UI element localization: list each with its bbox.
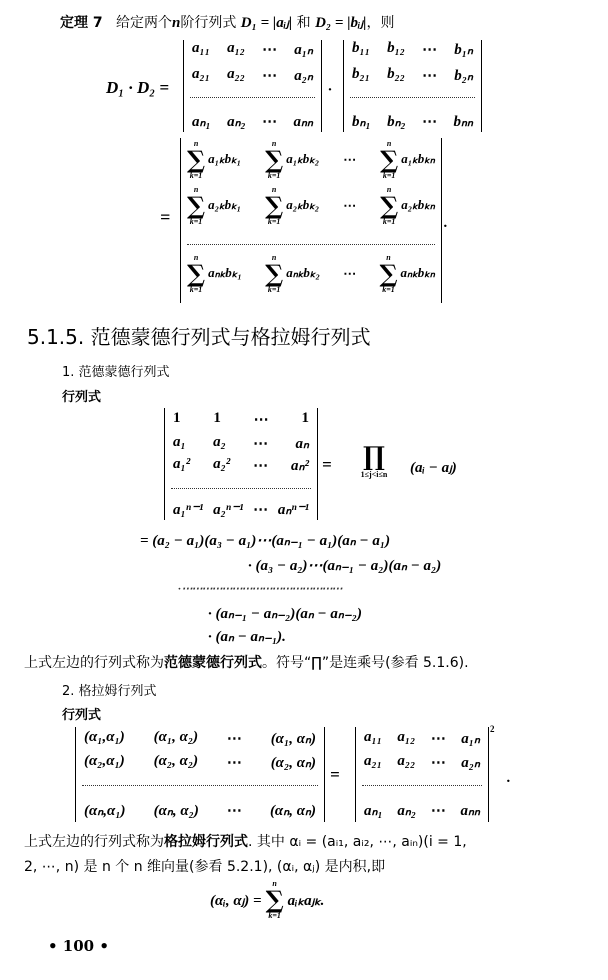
expansion-line-4: · (aₙ₋₁ − aₙ₋₂)(aₙ − aₙ₋₂) — [208, 604, 362, 623]
cell: bₙ₂ — [387, 112, 406, 131]
cell: ⋯ — [343, 198, 356, 214]
theorem-statement: 定理 7 给定两个n阶行列式 D₁ = |aᵢⱼ| 和 D₂ = |bᵢⱼ|，则 — [60, 12, 394, 32]
det-b-row-1: b₁₁ b₁₂ ⋯ b₁ₙ — [344, 40, 481, 59]
vandermonde-determinant: 1 1 ⋯ 1 a₁ a₂ ⋯ aₙ a₁² a₂² ⋯ aₙ² a₁ⁿ⁻¹ a… — [164, 408, 318, 520]
gram-remark-line-1: 上式左边的行列式称为格拉姆行列式. 其中 αᵢ = (aᵢ₁, aᵢ₂, ⋯, … — [24, 831, 467, 851]
product-term: (aᵢ − aⱼ) — [410, 458, 457, 477]
sigma-symbol: ∑ — [187, 148, 205, 172]
cell: aₙₙ — [294, 112, 313, 131]
remark-text: 上式左边的行列式称为 — [24, 834, 164, 850]
determinant-b: b₁₁ b₁₂ ⋯ b₁ₙ b₂₁ b₂₂ ⋯ b₂ₙ bₙ₁ bₙ₂ ⋯ bₙ… — [343, 40, 482, 132]
gram-intro: 行列式 — [62, 704, 101, 723]
cell: a₂₂ — [227, 66, 245, 85]
cell: (α₂, α₂) — [154, 753, 199, 772]
cell: ⋯ — [431, 729, 446, 748]
coef-row-1: a₁₁ a₁₂ ⋯ a₁ₙ — [356, 729, 488, 748]
sum-lower: k=1 — [190, 172, 203, 180]
sigma-symbol: ∑ — [380, 148, 398, 172]
cell: a₁₁ — [364, 729, 382, 748]
cell: a₂ⁿ⁻¹ — [213, 500, 243, 519]
determinant-a: a₁₁ a₁₂ ⋯ a₁ₙ a₂₁ a₂₂ ⋯ a₂ₙ aₙ₁ aₙ₂ ⋯ aₙ… — [183, 40, 322, 132]
cell: b₁₂ — [387, 40, 405, 59]
defined-term: 格拉姆行列式 — [164, 834, 248, 850]
cell: a₁₂ — [397, 729, 415, 748]
vdm-row-3: a₁² a₂² ⋯ aₙ² — [165, 456, 317, 475]
coef-row-n: aₙ₁ aₙ₂ ⋯ aₙₙ — [356, 801, 488, 820]
sigma-symbol: ∑ — [265, 148, 283, 172]
multiply-dot: · — [328, 82, 332, 99]
cell: a₂ₙ — [461, 753, 480, 772]
cell: (α₁, α₂) — [154, 729, 199, 748]
theorem-then: ，则 — [366, 15, 394, 31]
sum-lower: k=1 — [383, 218, 396, 226]
cell: a₂₁ — [192, 66, 210, 85]
d2-definition: D₂ = |bᵢⱼ| — [315, 15, 366, 31]
cell: aₙₖbₖ₁ — [208, 265, 242, 280]
cell: ⋯ — [431, 753, 446, 772]
cell: aₙ₂ — [397, 801, 416, 820]
gram-remark-line-2: 2, ⋯, n) 是 n 个 n 维向量(参看 5.2.1), (αᵢ, αⱼ)… — [24, 856, 385, 876]
gram-coefficient-determinant: a₁₁ a₁₂ ⋯ a₁ₙ a₂₁ a₂₂ ⋯ a₂ₙ aₙ₁ aₙ₂ ⋯ aₙ… — [355, 727, 489, 822]
cell: ⋯ — [253, 500, 268, 519]
cell: a₂ — [213, 434, 226, 453]
vdm-row-2: a₁ a₂ ⋯ aₙ — [165, 434, 317, 453]
coef-row-2: a₂₁ a₂₂ ⋯ a₂ₙ — [356, 753, 488, 772]
det-b-row-2: b₂₁ b₂₂ ⋯ b₂ₙ — [344, 66, 481, 85]
sum-row-n: n∑k=1aₙₖbₖ₁ n∑k=1aₙₖbₖ₂ ⋯ n∑k=1aₙₖbₖₙ — [181, 254, 441, 294]
cell: a₂ₖbₖₙ — [401, 197, 435, 212]
cell: aₙₖbₖ₂ — [286, 265, 320, 280]
product-operator: ∏ 1≤j<i≤n — [340, 444, 408, 479]
sum-row-1: n∑k=1a₁ₖbₖ₁ n∑k=1a₁ₖbₖ₂ ⋯ n∑k=1a₁ₖbₖₙ — [181, 140, 441, 180]
cell: ⋯ — [253, 434, 268, 453]
d1-definition: D₁ = |aᵢⱼ| — [241, 15, 292, 31]
pi-product-icon: ∏ — [363, 444, 385, 470]
cell: ⋯ — [227, 729, 242, 748]
sum-lower: k=1 — [268, 172, 281, 180]
cell: 1 — [213, 410, 221, 429]
section-number: 5.1.5. — [27, 325, 84, 349]
det-a-row-1: a₁₁ a₁₂ ⋯ a₁ₙ — [184, 40, 321, 59]
theorem-text: 给定两个 — [116, 15, 172, 31]
product-lhs: D₁ · D₂ = — [106, 78, 169, 98]
sigma-symbol: ∑ — [266, 888, 284, 912]
product-lower-limit: 1≤j<i≤n — [361, 470, 388, 479]
cell: b₂₂ — [387, 66, 405, 85]
vdm-row-1: 1 1 ⋯ 1 — [165, 410, 317, 429]
sigma-symbol: ∑ — [265, 262, 283, 286]
end-punct: . — [444, 215, 448, 232]
cell: ⋯ — [422, 40, 437, 59]
expansion-line-5: · (aₙ − aₙ₋₁). — [208, 627, 286, 646]
cell: b₂₁ — [352, 66, 370, 85]
cell: a₁ₙ — [294, 40, 313, 59]
inner-product-lhs: (αᵢ, αⱼ) = — [210, 891, 262, 910]
sigma-symbol: ∑ — [265, 194, 283, 218]
cell: (αₙ, αₙ) — [270, 801, 316, 820]
page-number: • 100 • — [48, 937, 109, 955]
remark-text: 。符号“∏”是连乘号(参看 5.1.6). — [262, 655, 469, 671]
cell: 1 — [301, 410, 309, 429]
cell: a₁ₖbₖₙ — [401, 151, 435, 166]
cell: a₂² — [213, 456, 230, 475]
sum-lower: k=1 — [268, 912, 281, 920]
cell: b₁ₙ — [454, 40, 473, 59]
det-a-row-2: a₂₁ a₂₂ ⋯ a₂ₙ — [184, 66, 321, 85]
cell: aₙₖbₖₙ — [401, 265, 435, 280]
cell: bₙₙ — [454, 112, 473, 131]
dotted-row-separator — [362, 785, 482, 786]
sum-lower: k=1 — [382, 286, 395, 294]
sigma-symbol: ∑ — [187, 194, 205, 218]
cell: ⋯ — [254, 410, 269, 429]
cell: b₁₁ — [352, 40, 370, 59]
cell: ⋯ — [343, 266, 356, 282]
cell: aₙ₁ — [192, 112, 211, 131]
gram-row-1: (α₁,α₁) (α₁, α₂) ⋯ (α₁, αₙ) — [76, 729, 324, 748]
cell: a₁₂ — [227, 40, 245, 59]
sigma-symbol: ∑ — [379, 262, 397, 286]
sigma-symbol: ∑ — [187, 262, 205, 286]
cell: (αₙ,α₁) — [84, 801, 126, 820]
expansion-line-2: · (a₃ − a₂)⋯(aₙ₋₁ − a₂)(aₙ − a₂) — [248, 556, 441, 575]
gram-end-punct: . — [507, 770, 511, 787]
det-b-row-n: bₙ₁ bₙ₂ ⋯ bₙₙ — [344, 112, 481, 131]
cell: a₁ₙ — [461, 729, 480, 748]
expansion-line-1: = (a₂ − a₁)(a₃ − a₁)⋯(aₙ₋₁ − a₁)(aₙ − a₁… — [140, 531, 390, 550]
vdm-row-n: a₁ⁿ⁻¹ a₂ⁿ⁻¹ ⋯ aₙⁿ⁻¹ — [165, 500, 317, 519]
inner-product-formula: (αᵢ, αⱼ) = n ∑ k=1 aᵢₖaⱼₖ. — [210, 880, 324, 920]
cell: aₙ — [296, 434, 309, 453]
sum-lower: k=1 — [190, 218, 203, 226]
cell: ⋯ — [422, 66, 437, 85]
cell: a₁ⁿ⁻¹ — [173, 500, 203, 519]
section-heading: 5.1.5. 范德蒙德行列式与格拉姆行列式 — [27, 321, 371, 350]
sum-lower: k=1 — [268, 286, 281, 294]
cell: ⋯ — [431, 801, 446, 820]
cell: a₁² — [173, 456, 190, 475]
cell: a₂ₖbₖ₂ — [286, 197, 319, 212]
sum-row-2: n∑k=1a₂ₖbₖ₁ n∑k=1a₂ₖbₖ₂ ⋯ n∑k=1a₂ₖbₖₙ — [181, 186, 441, 226]
determinant-sum: n∑k=1a₁ₖbₖ₁ n∑k=1a₁ₖbₖ₂ ⋯ n∑k=1a₁ₖbₖₙ n∑… — [180, 138, 442, 303]
cell: (α₁, αₙ) — [271, 729, 316, 748]
cell: a₂₂ — [397, 753, 415, 772]
gram-row-2: (α₂,α₁) (α₂, α₂) ⋯ (α₂, αₙ) — [76, 753, 324, 772]
cell: a₂₁ — [364, 753, 382, 772]
cell: a₁ — [173, 434, 186, 453]
cell: a₂ₙ — [294, 66, 313, 85]
cell: (αₙ, α₂) — [154, 801, 199, 820]
cell: 1 — [173, 410, 181, 429]
cell: ⋯ — [227, 801, 242, 820]
det-a-row-n: aₙ₁ aₙ₂ ⋯ aₙₙ — [184, 112, 321, 131]
cell: ⋯ — [253, 456, 268, 475]
exponent-squared: 2 — [490, 724, 495, 734]
dotted-row-separator — [350, 97, 475, 98]
defined-term: 范德蒙德行列式 — [164, 655, 262, 671]
gram-equals: = — [330, 765, 340, 785]
cell: ⋯ — [227, 753, 242, 772]
sum-lower: k=1 — [190, 286, 203, 294]
cell: a₁ₖbₖ₂ — [286, 151, 319, 166]
cell: ⋯ — [262, 40, 277, 59]
remark-text: . 其中 αᵢ = (aᵢ₁, aᵢ₂, ⋯, aᵢₙ)(i = 1, — [248, 834, 467, 850]
theorem-text-mid: 阶行列式 — [180, 15, 236, 31]
cell: (α₂, αₙ) — [271, 753, 316, 772]
cell: ⋯ — [262, 112, 277, 131]
cell: aₙ₂ — [227, 112, 246, 131]
vandermonde-remark: 上式左边的行列式称为范德蒙德行列式。符号“∏”是连乘号(参看 5.1.6). — [24, 652, 469, 672]
dotted-row-separator — [82, 785, 318, 786]
cell: (α₁,α₁) — [84, 729, 125, 748]
vandermonde-heading: 1. 范德蒙德行列式 — [62, 361, 170, 380]
inner-sum: n ∑ k=1 — [266, 880, 284, 920]
sigma-symbol: ∑ — [380, 194, 398, 218]
section-title: 范德蒙德行列式与格拉姆行列式 — [91, 325, 371, 349]
vandermonde-intro: 行列式 — [62, 386, 101, 405]
equals-sign: = — [160, 207, 170, 228]
dotted-row-separator — [171, 488, 311, 489]
theorem-and: 和 — [297, 15, 311, 31]
cell: ⋯ — [262, 66, 277, 85]
cell: b₂ₙ — [454, 66, 473, 85]
gram-row-n: (αₙ,α₁) (αₙ, α₂) ⋯ (αₙ, αₙ) — [76, 801, 324, 820]
inner-product-rhs: aᵢₖaⱼₖ. — [288, 891, 325, 910]
cell: aₙ₁ — [364, 801, 383, 820]
cell: aₙⁿ⁻¹ — [278, 500, 309, 519]
gram-determinant: (α₁,α₁) (α₁, α₂) ⋯ (α₁, αₙ) (α₂,α₁) (α₂,… — [75, 727, 325, 822]
cell: ⋯ — [422, 112, 437, 131]
cell: bₙ₁ — [352, 112, 371, 131]
cell: ⋯ — [343, 152, 356, 168]
cell: aₙₙ — [461, 801, 480, 820]
cell: a₁₁ — [192, 40, 210, 59]
cell: aₙ² — [291, 456, 309, 475]
gram-heading: 2. 格拉姆行列式 — [62, 680, 157, 699]
expansion-line-3: · ⋯⋯⋯⋯⋯⋯⋯⋯⋯⋯⋯⋯⋯⋯⋯⋯ — [178, 582, 342, 595]
sum-lower: k=1 — [383, 172, 396, 180]
cell: a₁ₖbₖ₁ — [208, 151, 241, 166]
dotted-row-separator — [187, 244, 435, 245]
cell: a₂ₖbₖ₁ — [208, 197, 241, 212]
cell: (α₂,α₁) — [84, 753, 125, 772]
theorem-label: 定理 7 — [60, 15, 103, 31]
dotted-row-separator — [190, 97, 315, 98]
sum-lower: k=1 — [268, 218, 281, 226]
remark-text: 上式左边的行列式称为 — [24, 655, 164, 671]
vdm-equals: = — [322, 455, 332, 475]
